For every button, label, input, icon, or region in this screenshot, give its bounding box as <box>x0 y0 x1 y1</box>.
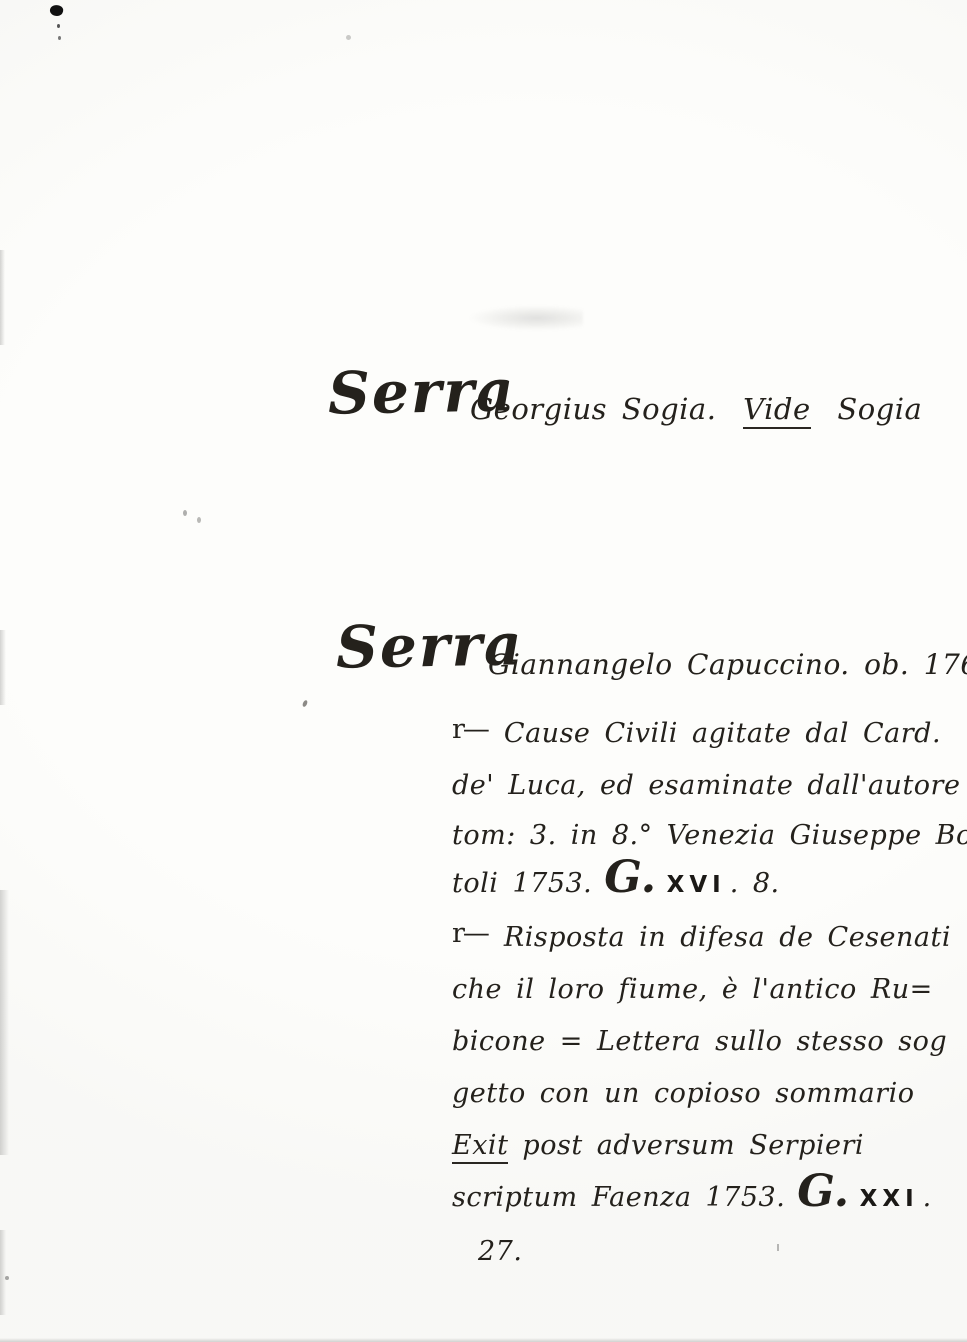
entry1-vide-label: Vide <box>743 392 810 429</box>
page-edge-smudge <box>0 1230 6 1315</box>
page-edge-smudge <box>0 890 9 1155</box>
work2-line4: getto con un copioso sommario <box>452 1078 914 1109</box>
work1-line3: tom: 3. in 8.° Venezia Giuseppe Bor <box>452 820 967 851</box>
page-bottom-shadow <box>0 1338 967 1342</box>
work2-line1: r— Risposta in difesa de Cesenati <box>452 922 951 953</box>
work2-line2: che il loro fiume, è l'antico Ru= <box>452 974 933 1005</box>
ink-speck <box>5 1276 9 1280</box>
work2-imprint: scriptum Faenza 1753. <box>452 1182 785 1213</box>
ink-speck <box>197 517 201 523</box>
ink-speck <box>777 1244 779 1251</box>
work1-line1: r— Cause Civili agitate dal Card. <box>452 718 941 749</box>
work1-line2: de' Luca, ed esaminate dall'autore <box>452 770 960 801</box>
work2-line7: 27. <box>478 1236 522 1267</box>
entry1-heading-rest: Georgius Sogia. Vide Sogia <box>470 392 922 426</box>
ink-bleedthrough-smudge <box>468 305 583 331</box>
page-edge-smudge <box>0 250 5 345</box>
ink-speck <box>58 36 61 40</box>
entry2-author-line: Giannangelo Capuccino. ob. 1766. <box>488 648 967 681</box>
work2-line3: bicone = Lettera sullo stesso sog <box>452 1026 947 1057</box>
work1-line4: toli 1753. G. XVI . 8. <box>452 868 780 899</box>
ink-speck <box>183 510 187 516</box>
page-edge-smudge <box>0 630 6 705</box>
ink-speck <box>57 24 60 28</box>
work1-shelfmark-number: . 8. <box>730 868 780 899</box>
work2-shelfmark-roman: XXI <box>860 1186 919 1212</box>
work1-shelfmark-roman: XVI <box>667 872 726 898</box>
work1-imprint: toli 1753. <box>452 868 592 899</box>
work1-line1-text: Cause Civili agitate dal Card. <box>504 718 941 749</box>
entry-dash-marker: r— <box>452 714 488 745</box>
entry-dash-marker: r— <box>452 918 488 949</box>
work2-exit-word: Exit <box>452 1130 508 1164</box>
work2-line5: Exit post adversum Serpieri <box>452 1130 864 1164</box>
work2-shelfmark-period: . <box>923 1182 932 1213</box>
ink-blot <box>49 3 65 17</box>
entry1-vide-target: Sogia <box>837 392 922 426</box>
work2-line5-rest: post adversum Serpieri <box>522 1130 864 1161</box>
ink-speck <box>302 699 309 707</box>
manuscript-page: Serra Georgius Sogia. Vide Sogia Serra G… <box>0 0 967 1342</box>
faint-speck <box>346 35 351 40</box>
entry1-name: Georgius Sogia. <box>470 392 716 426</box>
work2-line1-text: Risposta in difesa de Cesenati <box>504 922 951 953</box>
work2-line6: scriptum Faenza 1753. G. XXI . <box>452 1182 932 1213</box>
